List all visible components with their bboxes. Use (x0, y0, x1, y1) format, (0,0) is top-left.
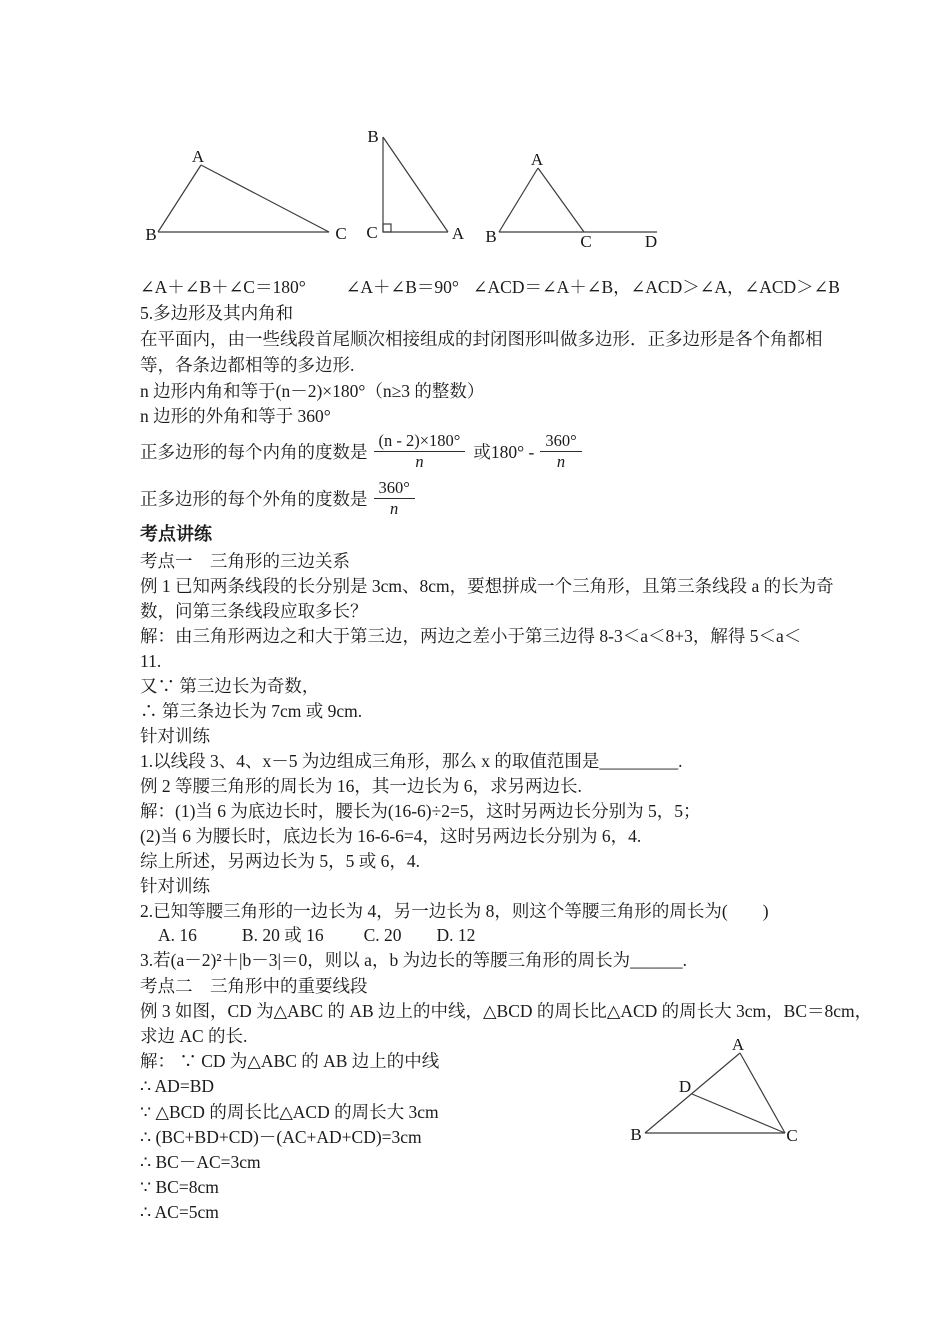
drill1-question1: 1.以线段 3、4、x－5 为边组成三角形，那么 x 的取值范围是_______… (140, 751, 683, 772)
triangle2-label-b: B (367, 127, 378, 146)
exterior-fraction-denominator: n (374, 499, 415, 517)
ex3-label-b: B (630, 1125, 641, 1144)
triangle2-side-ba (383, 137, 448, 232)
example3-solution-line5: ∴ BC－AC=3cm (140, 1152, 261, 1173)
question2-choices: A. 16B. 20 或 16C. 20D. 12 (158, 925, 475, 946)
example2-solution-line2: (2)当 6 为腰长时，底边长为 16-6-6=4，这时另两边长分别为 6，4. (140, 826, 641, 847)
example3-line2: 求边 AC 的长. (140, 1026, 247, 1047)
exterior-angle-sum-line: n 边形的外角和等于 360° (140, 406, 331, 427)
drill2-header: 针对训练 (140, 876, 210, 897)
choice-c: C. 20 (364, 925, 402, 946)
polygon-section-title: 5.多边形及其内角和 (140, 303, 293, 324)
example3-solution-line6: ∵ BC=8cm (140, 1177, 219, 1198)
drill2-question3: 3.若(a－2)²＋|b－3|＝0，则以 a，b 为边长的等腰三角形的周长为__… (140, 950, 687, 971)
ex3-label-c: C (786, 1126, 797, 1145)
triangle2-right-angle-mark (383, 224, 391, 232)
triangle1-label-a: A (192, 147, 205, 166)
interior-each-prefix: 正多边形的每个内角的度数是 (140, 439, 368, 464)
fraction2-denominator: n (540, 452, 581, 470)
worksheet-page: { "diagrams": { "t1": { "A": "A", "B": "… (0, 0, 950, 1344)
exterior-angle-each-formula: 正多边形的每个外角的度数是 360° n (140, 476, 421, 520)
example3-solution-line4: ∴ (BC+BD+CD)－(AC+AD+CD)=3cm (140, 1127, 422, 1148)
interior-angle-each-formula: 正多边形的每个内角的度数是 (n - 2)×180° n 或180° - 360… (140, 429, 588, 473)
example1-solution-line4: ∴ 第三条边长为 7cm 或 9cm. (140, 701, 362, 722)
polygon-definition-line2: 等，各条边都相等的多边形. (140, 355, 354, 376)
angle-sum-formula: ∠A＋∠B＋∠C＝180° (140, 277, 306, 297)
interior-angle-sum-line: n 边形内角和等于(n－2)×180°（n≥3 的整数） (140, 381, 484, 402)
ex3-median-dc (692, 1094, 785, 1133)
exterior-each-prefix: 正多边形的每个外角的度数是 (140, 486, 368, 511)
example1-line2: 数，问第三条线段应取多长？ (140, 601, 368, 622)
triangle1-label-c: C (335, 224, 346, 243)
right-angle-formula: ∠A＋∠B＝90° (346, 277, 459, 297)
triangle3-label-a: A (531, 150, 544, 169)
fraction2-numerator: 360° (540, 432, 581, 451)
angle-formulas-line: ∠A＋∠B＋∠C＝180°∠A＋∠B＝90°∠ACD＝∠A＋∠B，∠ACD＞∠A… (140, 277, 840, 298)
example2-line: 例 2 等腰三角形的周长为 16，其一边长为 6，求另两边长. (140, 776, 582, 797)
example1-solution-line2: 11. (140, 651, 161, 672)
top-triangle-diagrams: A B C B C A A B C D (0, 0, 950, 270)
interior-each-middle: 或180° - (473, 439, 534, 464)
triangle3-side-ba (499, 168, 538, 232)
ex3-label-a: A (732, 1035, 745, 1054)
choice-b: B. 20 或 16 (242, 925, 324, 946)
triangle2-label-a: A (452, 224, 465, 243)
triangle3-label-c: C (580, 232, 591, 251)
example3-solution-line2: ∴ AD=BD (140, 1076, 214, 1097)
topic2-title: 考点二 三角形中的重要线段 (140, 976, 368, 997)
example1-solution-line1: 解：由三角形两边之和大于第三边，两边之差小于第三边得 8-3＜a＜8+3，解得 … (140, 626, 801, 647)
choice-a: A. 16 (158, 925, 197, 946)
ex3-label-d: D (679, 1077, 691, 1096)
topic1-title: 考点一 三角形的三边关系 (140, 551, 350, 572)
fraction1-numerator: (n - 2)×180° (374, 432, 466, 451)
example3-line1: 例 3 如图，CD 为△ABC 的 AB 边上的中线，△BCD 的周长比△ACD… (140, 1001, 872, 1022)
example3-solution-line3: ∵ △BCD 的周长比△ACD 的周长大 3cm (140, 1102, 439, 1123)
choice-d: D. 12 (437, 925, 476, 946)
fraction1-denominator: n (374, 452, 466, 470)
exterior-each-fraction: 360° n (374, 479, 415, 517)
interior-each-fraction2: 360° n (540, 432, 581, 470)
ex3-side-ba (645, 1053, 740, 1133)
example3-figure: A D B C (610, 1025, 810, 1165)
triangle1-side-ba (158, 165, 201, 232)
example3-solution-line7: ∴ AC=5cm (140, 1202, 219, 1223)
example1-line1: 例 1 已知两条线段的长分别是 3cm、8cm，要想拼成一个三角形，且第三条线段… (140, 576, 834, 597)
triangle3-label-d: D (645, 232, 657, 251)
example2-solution-line1: 解：(1)当 6 为底边长时，腰长为(16-6)÷2=5，这时另两边长分别为 5… (140, 801, 701, 822)
drill2-question2: 2.已知等腰三角形的一边长为 4，另一边长为 8，则这个等腰三角形的周长为( ) (140, 901, 769, 922)
exterior-fraction-numerator: 360° (374, 479, 415, 498)
example3-solution-line1: 解： ∵ CD 为△ABC 的 AB 边上的中线 (140, 1051, 439, 1072)
exterior-angle-formula: ∠ACD＝∠A＋∠B，∠ACD＞∠A，∠ACD＞∠B (473, 277, 840, 297)
drill1-header: 针对训练 (140, 726, 210, 747)
interior-each-fraction1: (n - 2)×180° n (374, 432, 466, 470)
example1-solution-line3: 又∵ 第三边长为奇数， (140, 676, 319, 697)
triangle3-side-ac (538, 168, 584, 232)
example2-solution-line3: 综上所述，另两边长为 5，5 或 6，4. (140, 851, 420, 872)
practice-header: 考点讲练 (140, 524, 212, 545)
polygon-definition-line1: 在平面内，由一些线段首尾顺次相接组成的封闭图形叫做多边形．正多边形是各个角都相 (140, 329, 823, 350)
triangle1-side-ac (201, 165, 329, 232)
triangle1-label-b: B (145, 225, 156, 244)
triangle2-label-c: C (366, 223, 377, 242)
ex3-side-ac (740, 1053, 785, 1133)
triangle3-label-b: B (485, 227, 496, 246)
